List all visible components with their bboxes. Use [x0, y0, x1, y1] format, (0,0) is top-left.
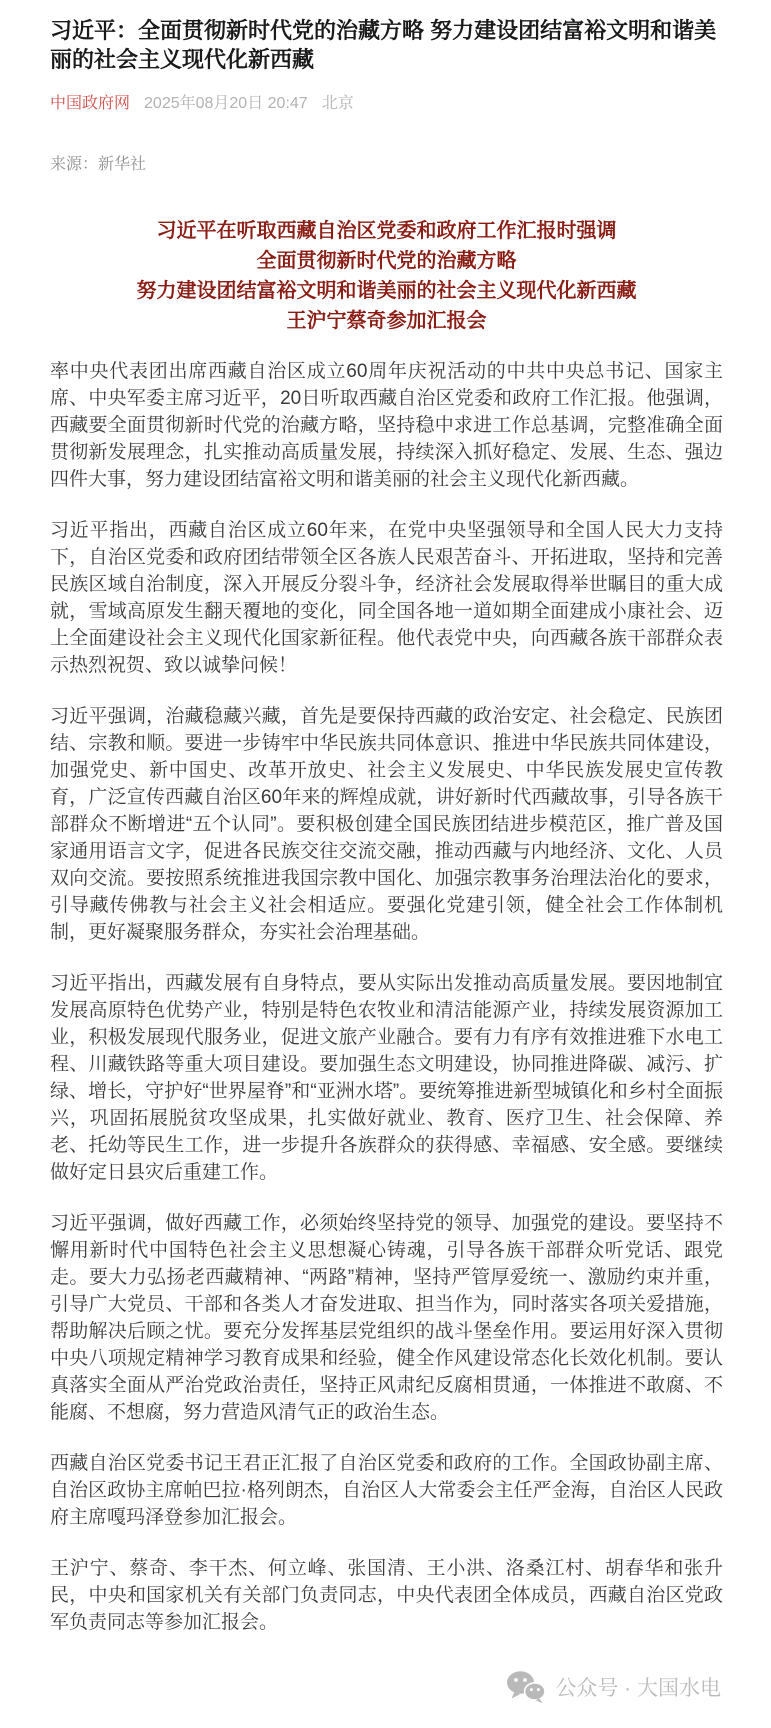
- headline-line-2: 全面贯彻新时代党的治藏方略: [50, 246, 723, 276]
- headline-line-1: 习近平在听取西藏自治区党委和政府工作汇报时强调: [50, 216, 723, 246]
- article-headline: 习近平在听取西藏自治区党委和政府工作汇报时强调 全面贯彻新时代党的治藏方略 努力…: [50, 216, 723, 336]
- meta-row: 中国政府网 2025年08月20日 20:47 北京: [50, 90, 723, 113]
- article-paragraph: 王沪宁、蔡奇、李干杰、何立峰、张国清、王小洪、洛桑江村、胡春华和张升民，中央和国…: [50, 1555, 723, 1636]
- page-title: 习近平：全面贯彻新时代党的治藏方略 努力建设团结富裕文明和谐美丽的社会主义现代化…: [50, 16, 723, 74]
- wechat-icon: [506, 1670, 546, 1704]
- article-paragraph: 西藏自治区党委书记王君正汇报了自治区党委和政府的工作。全国政协副主席、自治区政协…: [50, 1450, 723, 1531]
- watermark: 公众号 · 大国水电: [50, 1670, 723, 1704]
- article-paragraph: 习近平指出，西藏发展有自身特点，要从实际出发推动高质量发展。要因地制宜发展高原特…: [50, 970, 723, 1186]
- headline-line-3: 努力建设团结富裕文明和谐美丽的社会主义现代化新西藏: [50, 276, 723, 306]
- article-paragraph: 习近平指出，西藏自治区成立60年来，在党中央坚强领导和全国人民大力支持下，自治区…: [50, 517, 723, 679]
- headline-line-4: 王沪宁蔡奇参加汇报会: [50, 306, 723, 336]
- publish-location: 北京: [322, 90, 354, 113]
- article-page: 习近平：全面贯彻新时代党的治藏方略 努力建设团结富裕文明和谐美丽的社会主义现代化…: [0, 0, 771, 1728]
- article-paragraph: 率中央代表团出席西藏自治区成立60周年庆祝活动的中共中央总书记、国家主席、中央军…: [50, 358, 723, 493]
- article-body: 率中央代表团出席西藏自治区成立60周年庆祝活动的中共中央总书记、国家主席、中央军…: [50, 358, 723, 1636]
- source-line: 来源：新华社: [50, 151, 723, 174]
- article-paragraph: 习近平强调，治藏稳藏兴藏，首先是要保持西藏的政治安定、社会稳定、民族团结、宗教和…: [50, 703, 723, 946]
- account-name-link[interactable]: 中国政府网: [50, 90, 130, 113]
- watermark-text: 公众号 · 大国水电: [555, 1672, 721, 1702]
- article-paragraph: 习近平强调，做好西藏工作，必须始终坚持党的领导、加强党的建设。要坚持不懈用新时代…: [50, 1210, 723, 1426]
- publish-date: 2025年08月20日 20:47: [144, 90, 308, 113]
